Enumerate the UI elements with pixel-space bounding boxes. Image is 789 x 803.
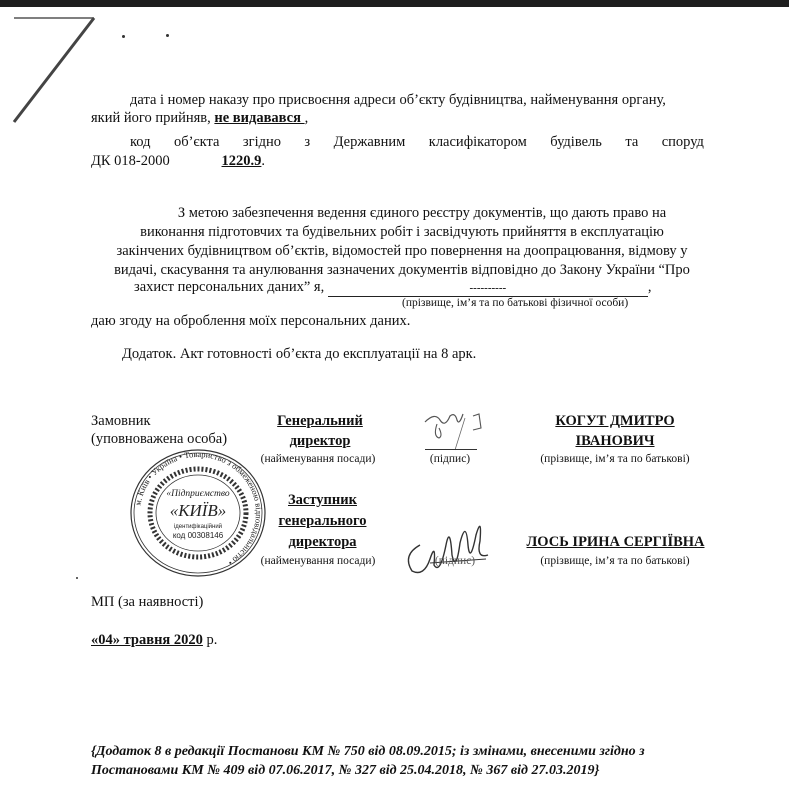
punct: , <box>648 279 652 295</box>
order-info-label: який його прийняв, <box>91 110 214 126</box>
page-number-mark-icon <box>10 14 100 129</box>
svg-text:ідентифікаційний: ідентифікаційний <box>174 523 222 530</box>
consent-name-label: захист персональних даних” я, <box>134 279 328 295</box>
word: з <box>304 134 310 151</box>
signature-1-line <box>425 449 477 450</box>
signatory-1-name-line2: ІВАНОВИЧ <box>530 433 700 450</box>
svg-text:«Підприємство: «Підприємство <box>166 488 230 499</box>
object-code-line1: код об’єкта згідно з Державним класифіка… <box>130 134 704 151</box>
scan-speck <box>166 34 169 37</box>
signature-2-caption: (підпис) <box>425 555 485 567</box>
customer-label: Замовник <box>91 413 151 430</box>
word: згідно <box>243 134 281 151</box>
word: код <box>130 134 151 151</box>
footnote-line2: Постановами КМ № 409 від 07.06.2017, № 3… <box>91 763 599 779</box>
word: об’єкта <box>174 134 219 151</box>
signatory-2-name: ЛОСЬ ІРИНА СЕРГІЇВНА <box>518 534 713 551</box>
word: споруд <box>662 134 704 151</box>
object-code-value: 1220.9 <box>222 153 262 169</box>
signature-1-caption: (підпис) <box>420 453 480 465</box>
word: будівель <box>550 134 602 151</box>
person-name-caption: (прізвище, ім’я та по батькові фізичної … <box>402 297 628 309</box>
word: та <box>625 134 638 151</box>
scan-speck <box>76 577 78 579</box>
consent-line2: виконання підготовчих та будівельних роб… <box>92 224 712 241</box>
person-name-value: ---------- <box>470 282 507 294</box>
scan-speck <box>122 35 125 38</box>
position-2-line2: генерального <box>265 513 380 530</box>
signatory-2-name-caption: (прізвище, ім’я та по батькові) <box>520 555 710 567</box>
signature-1-icon <box>415 402 495 452</box>
consent-line5: захист персональних даних” я, ----------… <box>134 279 651 297</box>
position-1-line2: директор <box>260 433 380 450</box>
order-info-value: не видавався <box>214 110 304 126</box>
date-suffix: р. <box>203 632 218 648</box>
order-info-line1: дата і номер наказу про присвоєння адрес… <box>130 92 666 109</box>
date-value: «04» травня 2020 <box>91 632 203 648</box>
customer-sublabel: (уповноважена особа) <box>91 431 227 448</box>
document-date: «04» травня 2020 р. <box>91 632 217 649</box>
seal-note: МП (за наявності) <box>91 594 203 611</box>
position-1-line1: Генеральний <box>260 413 380 430</box>
attachment-note: Додаток. Акт готовності об’єкта до експл… <box>122 346 476 363</box>
svg-text:код 00308146: код 00308146 <box>173 531 224 540</box>
person-name-field: ---------- <box>328 279 648 297</box>
consent-line3: закінчених будівництвом об’єктів, відомо… <box>92 243 712 260</box>
position-2-caption: (найменування посади) <box>253 555 383 567</box>
company-stamp-icon: м. Київ • Україна • Товариство з обмежен… <box>128 448 268 578</box>
window-top-bar <box>0 0 789 7</box>
signature-2-icon <box>400 515 500 580</box>
consent-text: З метою забезпечення ведення єдиного реє… <box>138 205 666 221</box>
word: Державним <box>334 134 406 151</box>
consent-line4: видачі, скасування та анулювання зазначе… <box>92 262 712 279</box>
signatory-1-name-line1: КОГУТ ДМИТРО <box>530 413 700 430</box>
consent-line6: даю згоду на оброблення моїх персональни… <box>91 313 410 330</box>
svg-text:«КИЇВ»: «КИЇВ» <box>170 501 227 520</box>
position-2-line3: директора <box>265 534 380 551</box>
consent-line1: З метою забезпечення ведення єдиного реє… <box>92 205 712 222</box>
object-code-line2: ДК 018-2000 1220.9. <box>91 153 265 170</box>
punct: . <box>261 153 265 169</box>
position-2-line1: Заступник <box>265 492 380 509</box>
footnote-line1: {Додаток 8 в редакції Постанови КМ № 750… <box>91 744 645 760</box>
position-1-caption: (найменування посади) <box>253 453 383 465</box>
signatory-1-name-caption: (прізвище, ім’я та по батькові) <box>520 453 710 465</box>
order-info-line2: який його прийняв, не видавався , <box>91 110 308 127</box>
word: класифікатором <box>429 134 527 151</box>
punct: , <box>305 110 309 126</box>
object-code-field: 1220.9 <box>173 153 261 170</box>
classifier-label: ДК 018-2000 <box>91 153 173 169</box>
